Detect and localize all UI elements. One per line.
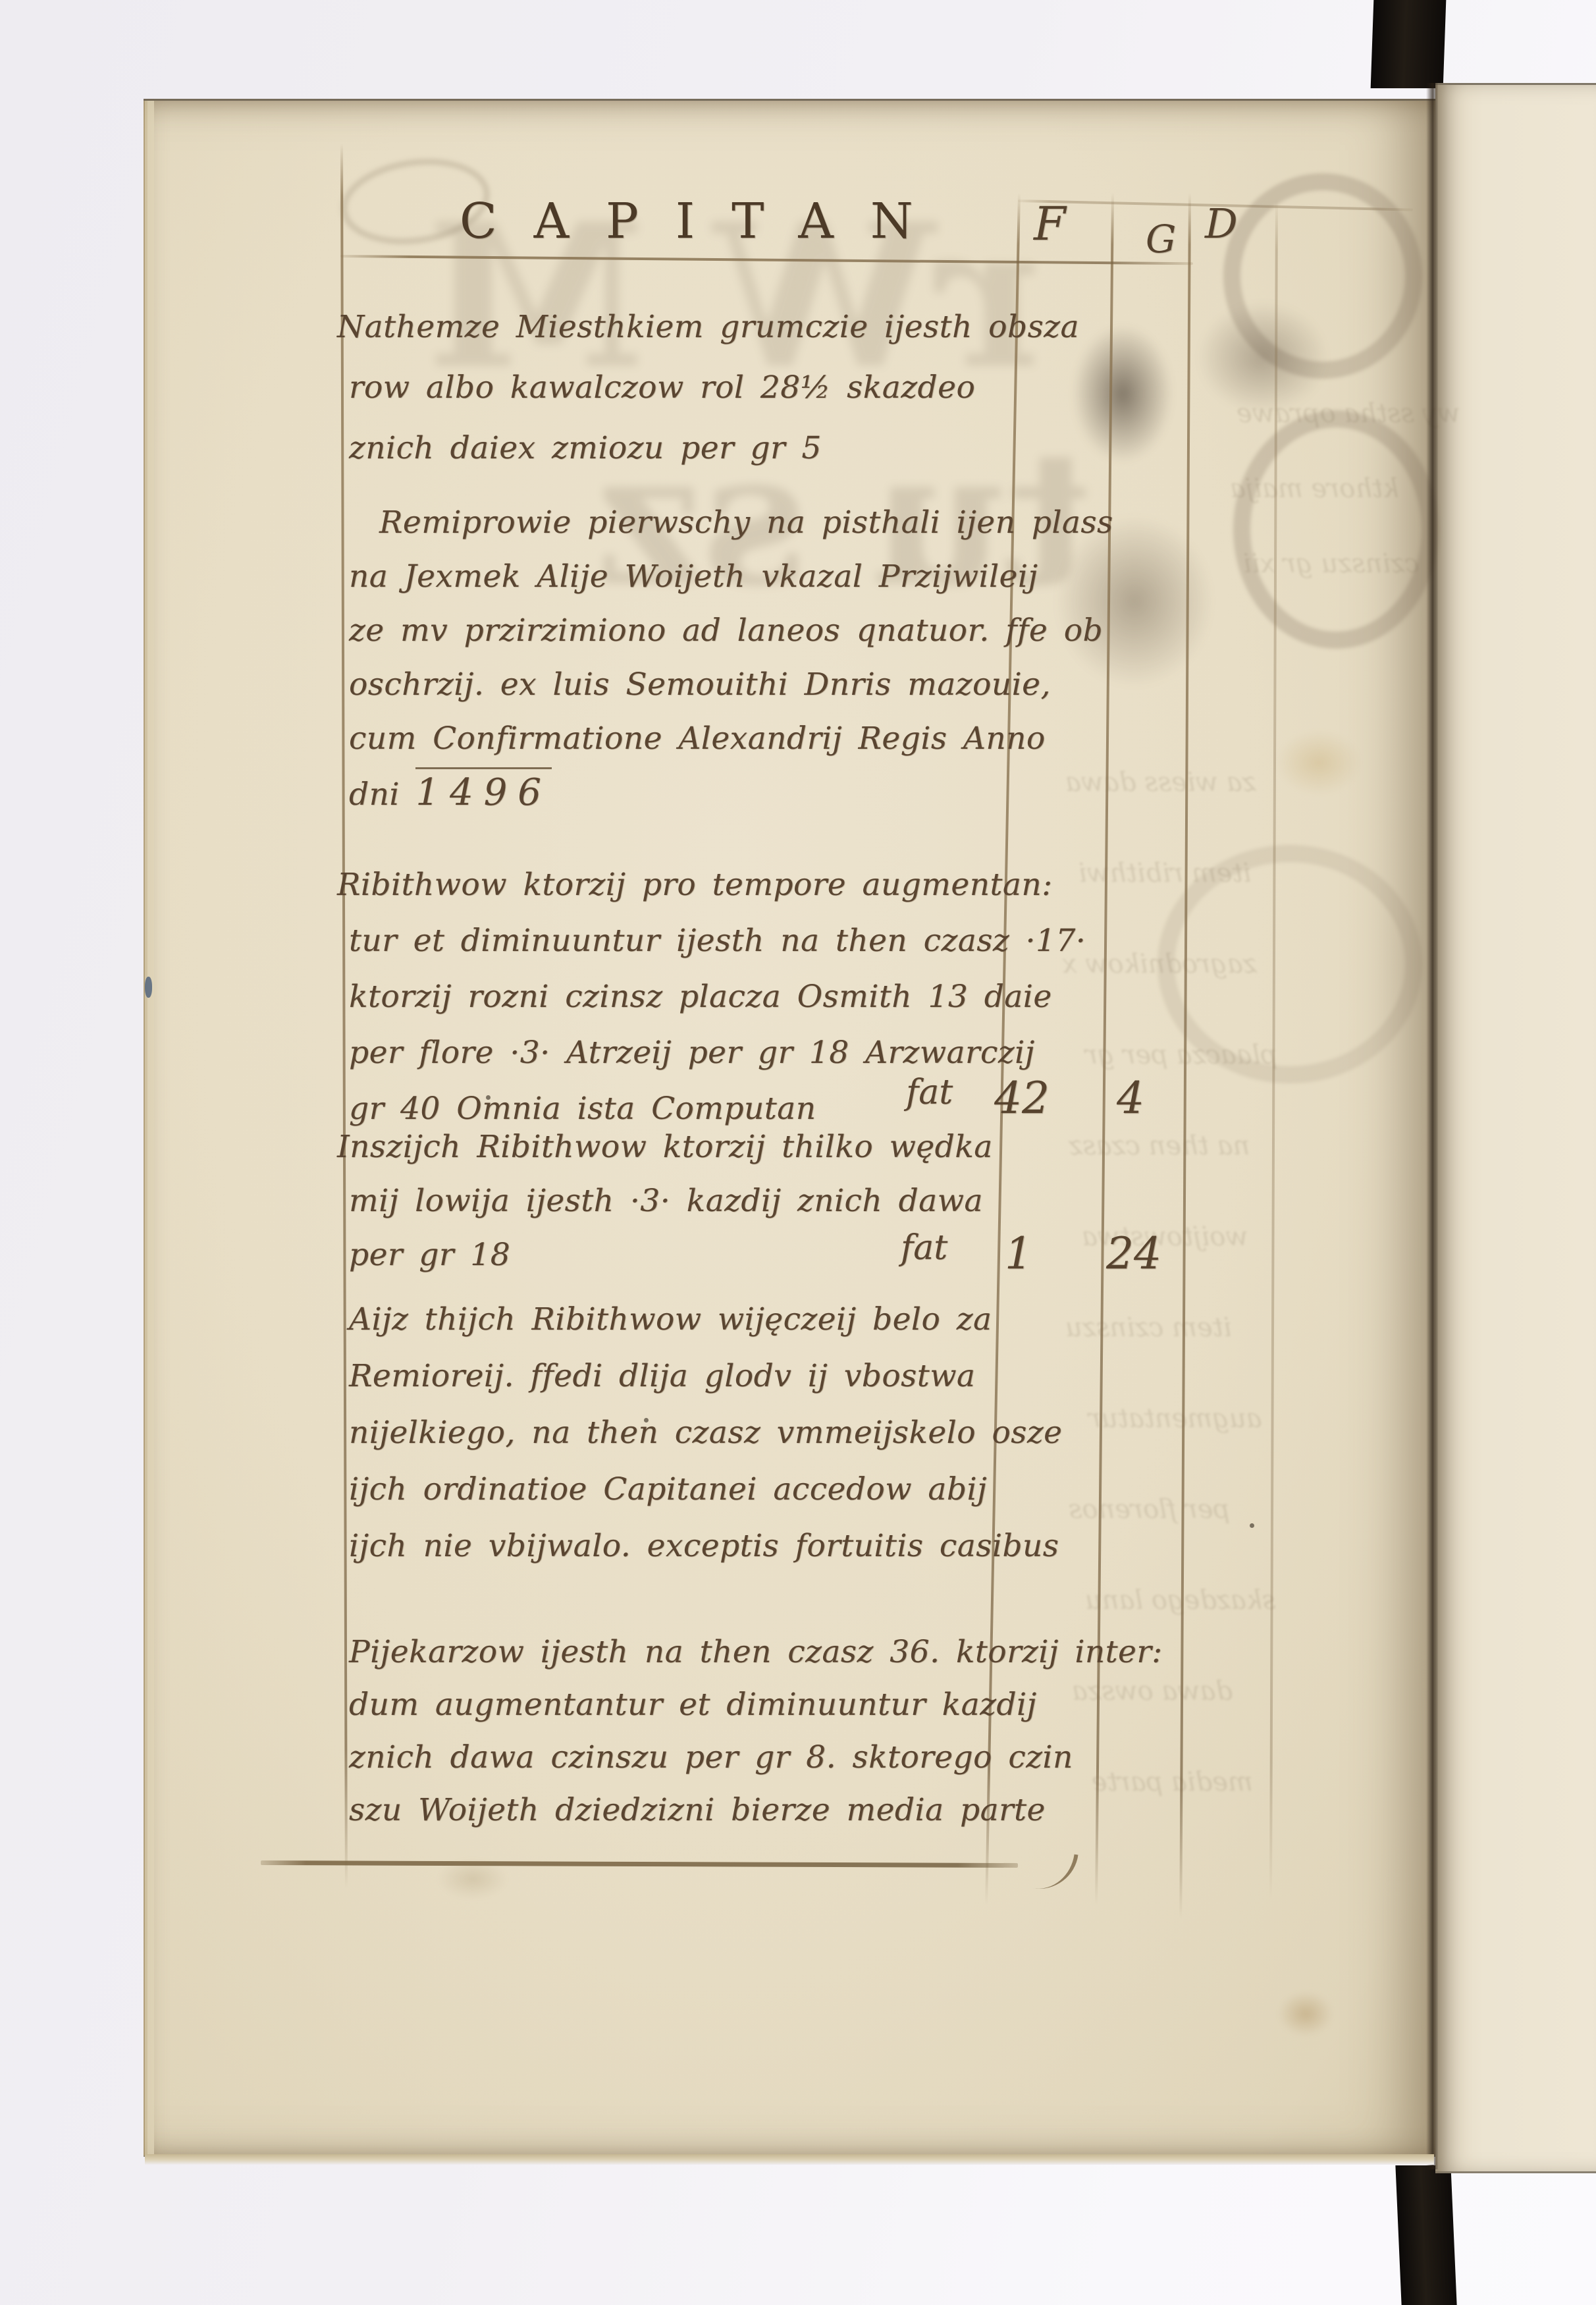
closing-rule-tail [997, 1844, 1078, 1894]
amount-grossi: 24 [1106, 1228, 1161, 1279]
book-gutter-crease [1426, 83, 1438, 2169]
paragraph-meadows: Nathemze Miesthkiem grumczie ijesth obsz… [349, 297, 1038, 479]
facing-page-edge [1435, 83, 1596, 2173]
manuscript-line: Inszijch Ribithwow ktorzij thilko wędka [349, 1120, 1038, 1174]
showthrough-line: zagrodnikow x [1062, 949, 1257, 979]
manuscript-line: znich dawa czinszu per gr 8. sktorego cz… [349, 1731, 1038, 1784]
ink-speck [1250, 1523, 1254, 1528]
manuscript-line: nijelkiego, na then czasz vmmeijskelo os… [349, 1405, 1038, 1461]
showthrough-line: augmentatur [1088, 1403, 1262, 1434]
blue-fiber-speck [145, 977, 152, 998]
paper-stain [1263, 720, 1375, 805]
bookmark-ribbon-bottom [1395, 2165, 1456, 2305]
manuscript-line: ze mv przirzimiono ad laneos qnatuor. ff… [349, 604, 1038, 658]
showthrough-ring [1157, 845, 1422, 1083]
margin-rule-left [340, 144, 348, 1889]
page-deckle-edge [144, 101, 154, 2156]
showthrough-line: za wiess dawa [1065, 767, 1256, 798]
margin-rule-right [1269, 200, 1278, 1899]
header-underline [340, 255, 1193, 265]
manuscript-line: Pijekarzow ijesth na then czasz 36. ktor… [349, 1626, 1038, 1679]
manuscript-line: cum Confirmatione Alexandrij Regis Anno [349, 712, 1038, 766]
manuscript-line: row albo kawalczow rol 28½ skazdeo [349, 358, 1038, 418]
manuscript-line: ijch nie vbijwalo. exceptis fortuitis ca… [349, 1518, 1038, 1575]
ink-speck [644, 1418, 649, 1423]
page-title-capitan: CAPITAN [460, 193, 950, 250]
manuscript-line: tur et diminuuntur ijesth na then czasz … [349, 913, 1038, 969]
showthrough-ring [1233, 410, 1439, 649]
facit-label: fat [906, 1073, 953, 1112]
closing-rule-bottom [261, 1860, 1018, 1868]
showthrough-line: item czinszu [1065, 1313, 1232, 1343]
manuscript-line: Remiprowie pierwschy na pisthali ijen pl… [349, 496, 1038, 550]
scan-background: rW M tu sz wy sstha oprawe kthore maija … [0, 0, 1596, 2305]
showthrough-line: dawa owsza [1072, 1676, 1233, 1706]
manuscript-line: ijch ordinatioe Capitanei accedow abij [349, 1461, 1038, 1518]
paragraph-bakers: Pijekarzow ijesth na then czasz 36. ktor… [349, 1626, 1038, 1837]
manuscript-line: szu Woijeth dziedzizni bierze media part… [349, 1784, 1038, 1837]
column-header-florins: F [1034, 197, 1066, 251]
manuscript-line: mij lowija ijesth ·3· kazdij znich dawa [349, 1174, 1038, 1228]
column-rule-g-d [1179, 193, 1191, 1918]
year-prefix: dni [349, 776, 400, 813]
manuscript-line: na Jexmek Alije Woijeth vkazal Przijwile… [349, 550, 1038, 604]
showthrough-line: per florenos [1069, 1494, 1230, 1525]
amount-florins: 1 [1005, 1228, 1032, 1279]
showthrough-line: czinszu gr xii [1243, 549, 1420, 579]
showthrough-ring [1223, 173, 1422, 379]
showthrough-line: media parte [1092, 1767, 1253, 1797]
column-header-grossi: G [1146, 217, 1176, 261]
manuscript-line: oschrzij. ex luis Semouithi Dnris mazoui… [349, 658, 1038, 712]
year-1496: 1496 [415, 767, 552, 814]
page-bottom-edges [145, 2154, 1434, 2165]
manuscript-line: Remioreij. ffedi dlija glodv ij vbostwa [349, 1348, 1038, 1405]
manuscript-line: ktorzij rozni czinsz placza Osmith 13 da… [349, 969, 1038, 1025]
manuscript-line: Nathemze Miesthkiem grumczie ijesth obsz… [349, 297, 1038, 358]
manuscript-line-year: dni 1496 [349, 766, 1038, 822]
manuscript-line: znich daiex zmiozu per gr 5 [349, 418, 1038, 479]
facit-label: fat [901, 1228, 947, 1268]
showthrough-line: kthore maija [1230, 474, 1398, 504]
paragraph-privilege-1496: Remiprowie pierwschy na pisthali ijen pl… [349, 496, 1038, 822]
column-header-denarii: D [1205, 200, 1238, 248]
ink-speck [486, 1095, 491, 1100]
paper-stain [427, 1853, 519, 1905]
showthrough-line: plaacza per gr [1085, 1040, 1277, 1070]
paper-stain [1269, 1984, 1342, 2044]
manuscript-line: dum augmentantur et diminuuntur kazdij [349, 1679, 1038, 1731]
ink-showthrough-blob [1171, 279, 1355, 437]
manuscript-line: Ribithwow ktorzij pro tempore augmentan: [349, 857, 1038, 913]
amount-florins: 42 [994, 1073, 1050, 1124]
manuscript-page: rW M tu sz wy sstha oprawe kthore maija … [144, 99, 1435, 2157]
manuscript-line: Aijz thijch Ribithwow wijęczeij belo za [349, 1291, 1038, 1348]
bookmark-ribbon-top [1371, 0, 1447, 88]
paragraph-fishermen-decline: Aijz thijch Ribithwow wijęczeij belo za … [349, 1291, 1038, 1575]
showthrough-line: na then czasz [1069, 1131, 1250, 1161]
amount-grossi: 4 [1117, 1073, 1144, 1124]
